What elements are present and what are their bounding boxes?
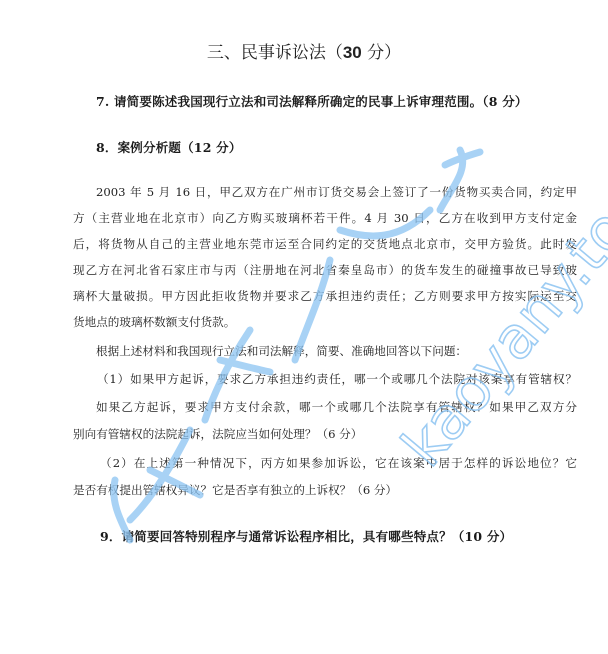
document-page: 三、民事诉讼法（30 分） 7. 请简要陈述我国现行立法和司法解释所确定的民事上… — [0, 0, 608, 654]
case-line-4: 现乙方在河北省石家庄市与丙（注册地在河北省秦皇岛市）的货车发生的碰撞事故已导致玻 — [73, 262, 577, 278]
sub-question-1-line-3: 别向有管辖权的法院起诉，法院应当如何处理？（6 分） — [73, 426, 577, 442]
section-title-text: 三、民事诉讼法（ — [207, 43, 343, 63]
question-8-title: 8．案例分析题（12 分） — [96, 138, 242, 156]
case-line-1: 2003 年 5 月 16 日，甲乙双方在广州市订货交易会上签订了一份货物买卖合… — [96, 184, 577, 200]
sub-question-1-line-1: （1）如果甲方起诉，要求乙方承担违约责任，哪一个或哪几个法院对该案享有管辖权？ — [97, 371, 577, 387]
case-line-3: 后，将货物从自己的主营业地东莞市运至合同约定的交货地点北京市，交甲方验货。此时发 — [73, 236, 577, 252]
question-7: 7. 请简要陈述我国现行立法和司法解释所确定的民事上诉审理范围。（8 分） — [96, 92, 528, 110]
section-points: 30 — [343, 43, 362, 62]
sub-question-2-line-2: 是否有权提出管辖权异议？它是否享有独立的上诉权？（6 分） — [73, 482, 577, 498]
sub-question-1-line-2: 如果乙方起诉，要求甲方支付余款，哪一个或哪几个法院享有管辖权？如果甲乙双方分 — [96, 399, 577, 415]
section-title-end: 分） — [362, 43, 401, 63]
case-line-6: 货地点的玻璃杯数额支付货款。 — [73, 314, 577, 330]
question-9: 9．请简要回答特别程序与通常诉讼程序相比，具有哪些特点？（10 分） — [100, 527, 512, 545]
instruction: 根据上述材料和我国现行立法和司法解释，简要、准确地回答以下问题： — [96, 343, 577, 359]
sub-question-2-line-1: （2）在上述第一种情况下，丙方如果参加诉讼，它在该案中居于怎样的诉讼地位？它 — [100, 455, 577, 471]
case-line-5: 璃杯大量破损。甲方因此拒收货物并要求乙方承担违约责任；乙方则要求甲方按实际运至交 — [73, 288, 577, 304]
section-title: 三、民事诉讼法（30 分） — [0, 38, 608, 63]
case-line-2: 方（主营业地在北京市）向乙方购买玻璃杯若干件。4 月 30 日，乙方在收到甲方支… — [73, 210, 577, 226]
